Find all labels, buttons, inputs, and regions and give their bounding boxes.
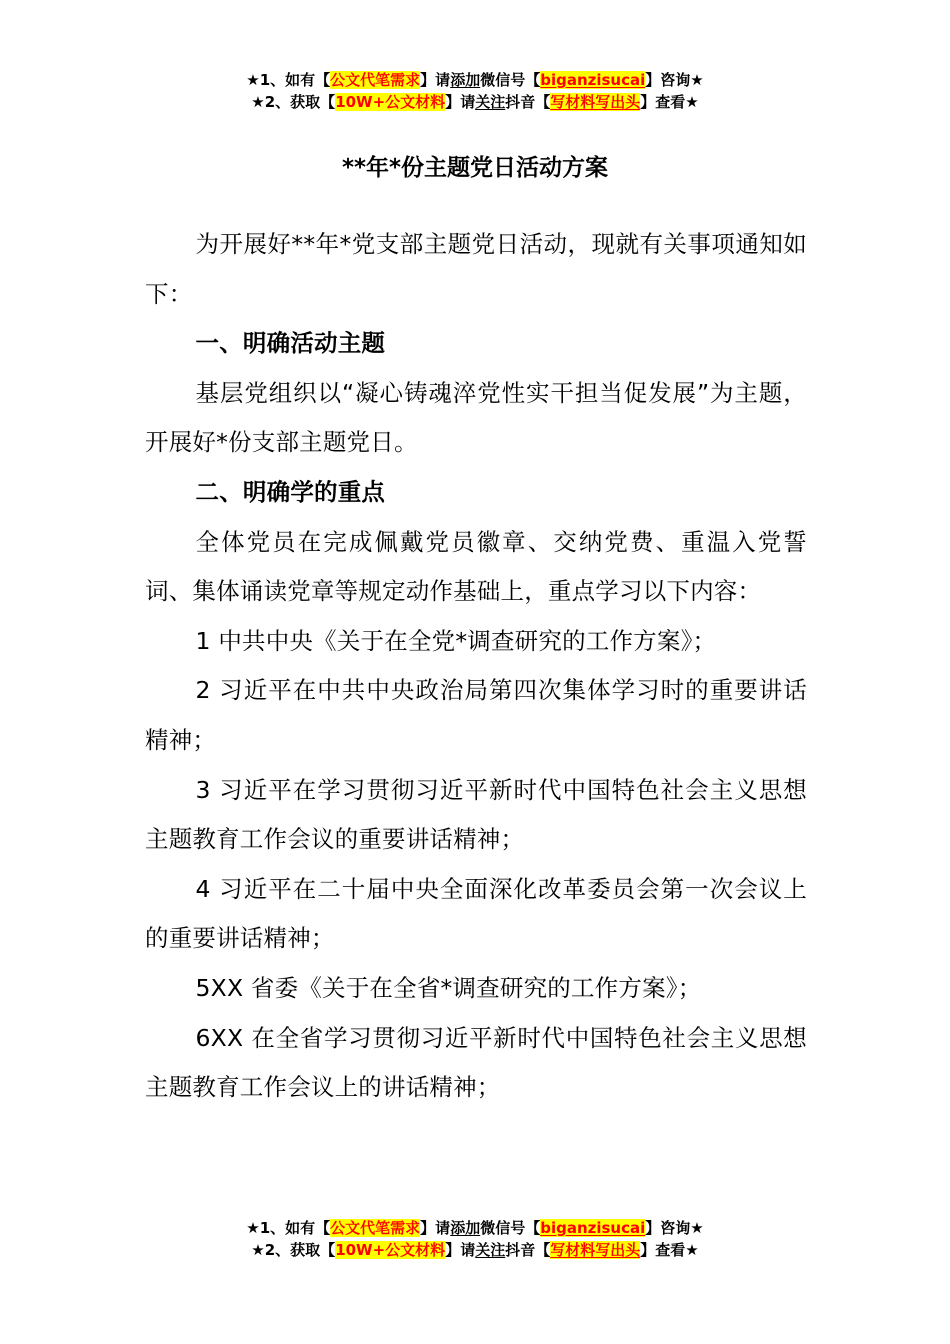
intro-paragraph: 为开展好**年*党支部主题党日活动，现就有关事项通知如下： [145,220,807,319]
banner-text: 】请 [420,71,450,89]
banner-text: ★2、获取【 [251,1241,335,1259]
banner-text: 】咨询★ [645,71,703,89]
banner-text: 抖音【 [505,93,550,111]
highlight-service: 公文代笔需求 [330,71,420,89]
banner-text: 微信号【 [480,71,540,89]
banner-text: 】请 [445,1241,475,1259]
banner-text: 】请 [420,1219,450,1237]
document-title: **年*份主题党日活动方案 [0,150,950,186]
study-item-3: 3 习近平在学习贯彻习近平新时代中国特色社会主义思想主题教育工作会议的重要讲话精… [145,766,807,865]
highlight-materials: 10W+公文材料 [335,93,445,111]
banner-line-2: ★2、获取【10W+公文材料】请关注抖音【写材料写出头】查看★ [0,91,950,113]
document-body: 为开展好**年*党支部主题党日活动，现就有关事项通知如下： 一、明确活动主题 基… [145,220,807,1113]
wechat-id: biganzisucai [540,71,645,89]
douyin-account: 写材料写出头 [550,1241,640,1259]
section-2-paragraph: 全体党员在完成佩戴党员徽章、交纳党费、重温入党誓词、集体诵读党章等规定动作基础上… [145,518,807,617]
study-item-4: 4 习近平在二十届中央全面深化改革委员会第一次会议上的重要讲话精神； [145,865,807,964]
highlight-service: 公文代笔需求 [330,1219,420,1237]
underlined-follow: 关注 [475,1241,505,1259]
section-heading-1: 一、明确活动主题 [145,319,807,369]
banner-line-2: ★2、获取【10W+公文材料】请关注抖音【写材料写出头】查看★ [0,1239,950,1261]
banner-text: ★2、获取【 [251,93,335,111]
header-banner: ★1、如有【公文代笔需求】请添加微信号【biganzisucai】咨询★ ★2、… [0,69,950,113]
study-item-2: 2 习近平在中共中央政治局第四次集体学习时的重要讲话精神； [145,666,807,765]
underlined-add: 添加 [450,1219,480,1237]
footer-banner: ★1、如有【公文代笔需求】请添加微信号【biganzisucai】咨询★ ★2、… [0,1217,950,1261]
underlined-follow: 关注 [475,93,505,111]
banner-line-1: ★1、如有【公文代笔需求】请添加微信号【biganzisucai】咨询★ [0,69,950,91]
banner-line-1: ★1、如有【公文代笔需求】请添加微信号【biganzisucai】咨询★ [0,1217,950,1239]
douyin-account: 写材料写出头 [550,93,640,111]
banner-text: 】请 [445,93,475,111]
study-item-1: 1 中共中央《关于在全党*调查研究的工作方案》； [145,617,807,667]
banner-text: ★1、如有【 [246,1219,330,1237]
banner-text: 微信号【 [480,1219,540,1237]
study-item-5: 5XX 省委《关于在全省*调查研究的工作方案》； [145,964,807,1014]
banner-text: 】查看★ [640,93,698,111]
banner-text: 】咨询★ [645,1219,703,1237]
study-item-6: 6XX 在全省学习贯彻习近平新时代中国特色社会主义思想主题教育工作会议上的讲话精… [145,1014,807,1113]
wechat-id: biganzisucai [540,1219,645,1237]
section-heading-2: 二、明确学的重点 [145,468,807,518]
banner-text: 抖音【 [505,1241,550,1259]
underlined-add: 添加 [450,71,480,89]
highlight-materials: 10W+公文材料 [335,1241,445,1259]
banner-text: ★1、如有【 [246,71,330,89]
banner-text: 】查看★ [640,1241,698,1259]
section-1-paragraph: 基层党组织以“凝心铸魂淬党性实干担当促发展”为主题，开展好*份支部主题党日。 [145,369,807,468]
